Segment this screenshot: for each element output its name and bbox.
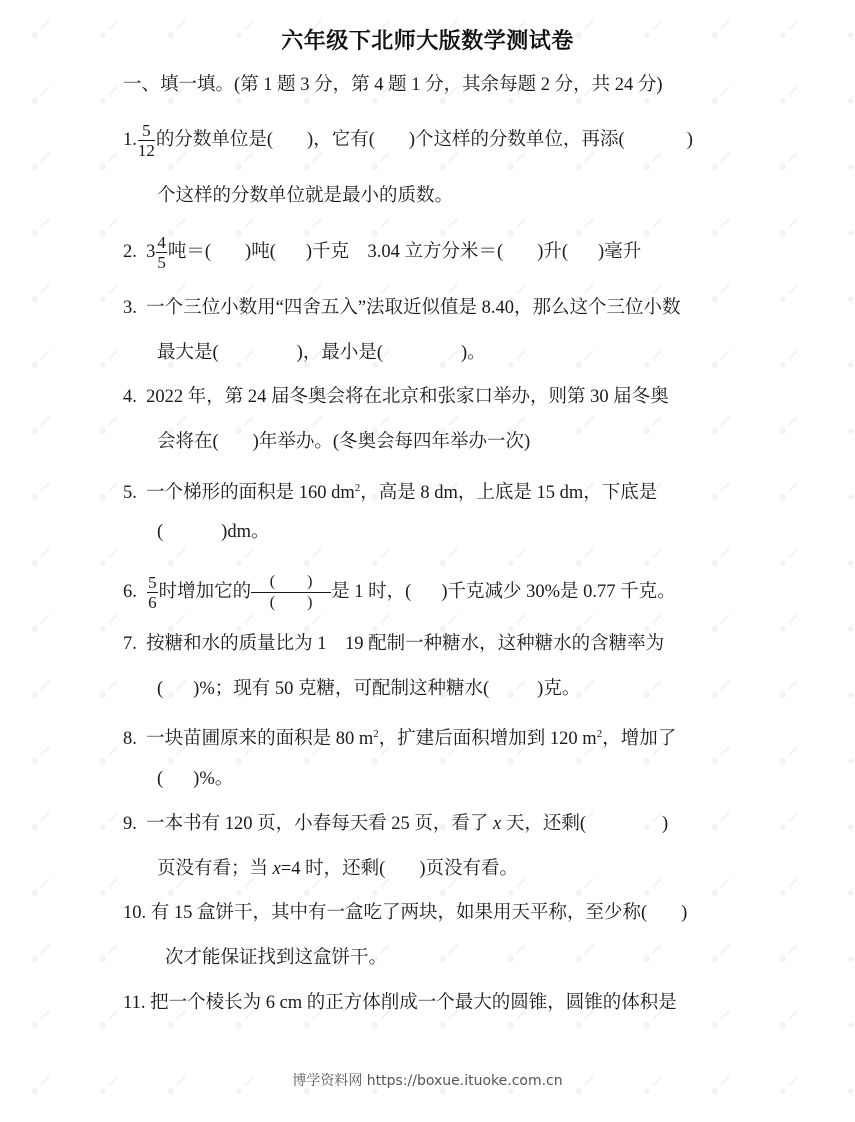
watermark-icon	[506, 878, 528, 900]
watermark-icon	[98, 86, 120, 108]
watermark-icon	[370, 878, 392, 900]
watermark-icon	[30, 614, 52, 636]
watermark-icon	[778, 548, 800, 570]
watermark-icon	[98, 944, 120, 966]
question-10-line-1: 10. 有 15 盒饼干，其中有一盒吃了两块，如果用天平称，至少称()	[123, 901, 687, 925]
watermark-icon	[574, 878, 596, 900]
question-8-line-2: ()%。	[157, 767, 233, 791]
watermark-icon	[846, 482, 855, 504]
watermark-icon	[98, 1010, 120, 1032]
watermark-icon	[778, 482, 800, 504]
watermark-icon	[98, 350, 120, 372]
watermark-icon	[30, 152, 52, 174]
question-8-line-1: 8. 一块苗圃原来的面积是 80 m2，扩建后面积增加到 120 m2，增加了	[123, 722, 676, 751]
watermark-icon	[98, 482, 120, 504]
fraction: 512	[138, 122, 155, 159]
watermark-icon	[710, 614, 732, 636]
watermark-icon	[642, 878, 664, 900]
question-number: 8.	[123, 729, 137, 749]
watermark-icon	[506, 350, 528, 372]
question-4-line-1: 4. 2022 年，第 24 届冬奥会将在北京和张家口举办，则第 30 届冬奥	[123, 385, 669, 409]
watermark-icon	[846, 812, 855, 834]
watermark-icon	[778, 416, 800, 438]
watermark-icon	[778, 86, 800, 108]
watermark-icon	[846, 86, 855, 108]
watermark-icon	[710, 86, 732, 108]
watermark-icon	[370, 548, 392, 570]
fraction: 45	[156, 234, 167, 271]
watermark-icon	[846, 152, 855, 174]
watermark-icon	[574, 944, 596, 966]
question-3-line-1: 3. 一个三位小数用“四舍五入”法取近似值是 8.40，那么这个三位小数	[123, 296, 681, 320]
watermark-icon	[30, 878, 52, 900]
watermark-icon	[778, 614, 800, 636]
watermark-icon	[574, 416, 596, 438]
watermark-icon	[710, 548, 732, 570]
question-number: 10.	[123, 903, 146, 923]
watermark-icon	[778, 1010, 800, 1032]
watermark-icon	[166, 878, 188, 900]
question-number: 4.	[123, 387, 137, 407]
question-3-line-2: 最大是()，最小是()。	[157, 341, 486, 365]
watermark-icon	[438, 944, 460, 966]
watermark-icon	[778, 944, 800, 966]
watermark-icon	[710, 878, 732, 900]
watermark-icon	[98, 812, 120, 834]
watermark-icon	[30, 482, 52, 504]
watermark-icon	[778, 284, 800, 306]
watermark-icon	[642, 350, 664, 372]
watermark-icon	[710, 284, 732, 306]
watermark-icon	[778, 152, 800, 174]
question-11-line-1: 11. 把一个棱长为 6 cm 的正方体削成一个最大的圆锥，圆锥的体积是	[123, 991, 677, 1015]
fraction: 56	[147, 574, 158, 611]
watermark-icon	[98, 218, 120, 240]
page-title: 六年级下北师大版数学测试卷	[0, 24, 855, 55]
watermark-icon	[98, 878, 120, 900]
watermark-icon	[30, 284, 52, 306]
watermark-icon	[778, 680, 800, 702]
watermark-icon	[846, 614, 855, 636]
watermark-icon	[846, 284, 855, 306]
watermark-icon	[30, 746, 52, 768]
watermark-icon	[846, 416, 855, 438]
watermark-icon	[302, 548, 324, 570]
watermark-icon	[778, 878, 800, 900]
question-number: 3.	[123, 298, 137, 318]
question-5-line-2: ()dm。	[157, 520, 269, 544]
question-10-line-2: 次才能保证找到这盒饼干。	[165, 946, 387, 970]
watermark-icon	[506, 548, 528, 570]
watermark-icon	[778, 218, 800, 240]
watermark-icon	[98, 416, 120, 438]
watermark-icon	[98, 746, 120, 768]
question-number: 2.	[123, 242, 137, 262]
watermark-icon	[302, 878, 324, 900]
footer-watermark: 博学资料网 https://boxue.ituoke.com.cn	[0, 1070, 855, 1090]
watermark-icon	[846, 1010, 855, 1032]
question-7-line-2: ()%；现有 50 克糖，可配制这种糖水()克。	[157, 677, 580, 701]
watermark-icon	[642, 218, 664, 240]
watermark-icon	[30, 416, 52, 438]
watermark-icon	[30, 944, 52, 966]
watermark-icon	[710, 218, 732, 240]
question-5-line-1: 5. 一个梯形的面积是 160 dm2，高是 8 dm，上底是 15 dm，下底…	[123, 476, 657, 505]
watermark-icon	[778, 812, 800, 834]
question-4-line-2: 会将在()年举办。(冬奥会每四年举办一次)	[157, 430, 530, 454]
watermark-icon	[846, 680, 855, 702]
watermark-icon	[846, 350, 855, 372]
watermark-icon	[234, 548, 256, 570]
watermark-icon	[98, 284, 120, 306]
watermark-icon	[846, 878, 855, 900]
watermark-icon	[30, 1010, 52, 1032]
section-heading: 一、填一填。(第 1 题 3 分，第 4 题 1 分，其余每题 2 分，共 24…	[123, 70, 663, 96]
watermark-icon	[642, 416, 664, 438]
watermark-icon	[438, 878, 460, 900]
question-number: 1.	[123, 130, 137, 150]
watermark-icon	[574, 548, 596, 570]
watermark-icon	[710, 1010, 732, 1032]
watermark-icon	[710, 746, 732, 768]
watermark-icon	[438, 548, 460, 570]
question-number: 5.	[123, 483, 137, 503]
question-9-line-2: 页没有看；当 x=4 时，还剩()页没有看。	[157, 857, 518, 881]
question-number: 11.	[123, 993, 145, 1013]
watermark-icon	[166, 548, 188, 570]
watermark-icon	[30, 812, 52, 834]
watermark-icon	[846, 944, 855, 966]
watermark-icon	[710, 350, 732, 372]
question-number: 9.	[123, 814, 137, 834]
watermark-icon	[846, 548, 855, 570]
watermark-icon	[30, 86, 52, 108]
watermark-icon	[98, 548, 120, 570]
watermark-icon	[234, 878, 256, 900]
watermark-icon	[98, 680, 120, 702]
watermark-icon	[710, 152, 732, 174]
watermark-icon	[98, 614, 120, 636]
watermark-icon	[30, 548, 52, 570]
watermark-icon	[846, 218, 855, 240]
watermark-icon	[710, 416, 732, 438]
watermark-icon	[710, 812, 732, 834]
watermark-icon	[30, 218, 52, 240]
question-7-line-1: 7. 按糖和水的质量比为 1 19 配制一种糖水，这种糖水的含糖率为	[123, 632, 664, 656]
question-1-line-1: 1.512的分数单位是()，它有()个这样的分数单位，再添()	[123, 122, 693, 159]
question-9-line-1: 9. 一本书有 120 页，小春每天看 25 页，看了 x 天，还剩()	[123, 812, 668, 836]
watermark-icon	[710, 944, 732, 966]
watermark-icon	[778, 746, 800, 768]
question-2-line-1: 2. 345吨＝()吨()千克 3.04 立方分米＝()升()毫升	[123, 234, 641, 271]
watermark-icon	[642, 680, 664, 702]
watermark-icon	[710, 482, 732, 504]
question-number: 7.	[123, 634, 137, 654]
blank-fraction[interactable]: ( )( )	[251, 574, 331, 611]
watermark-icon	[506, 944, 528, 966]
watermark-icon	[30, 680, 52, 702]
watermark-icon	[710, 680, 732, 702]
watermark-pattern	[0, 0, 855, 1122]
watermark-icon	[642, 944, 664, 966]
watermark-icon	[778, 350, 800, 372]
watermark-icon	[642, 548, 664, 570]
watermark-icon	[30, 350, 52, 372]
question-1-line-2: 个这样的分数单位就是最小的质数。	[157, 184, 453, 208]
question-6-line-1: 6. 56时增加它的( )( )是 1 时，()千克减少 30%是 0.77 千…	[123, 574, 676, 611]
question-number: 6.	[123, 582, 137, 602]
watermark-icon	[846, 746, 855, 768]
watermark-icon	[98, 152, 120, 174]
watermark-icon	[574, 350, 596, 372]
